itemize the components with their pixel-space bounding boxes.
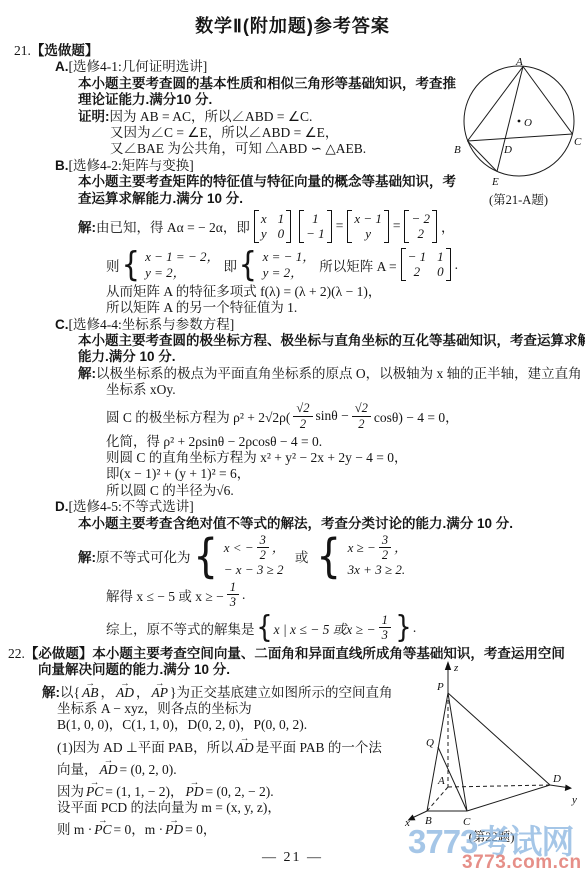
- z-axis-arrow: [445, 661, 451, 670]
- polar-post: cosθ) − 4 = 0，: [374, 406, 459, 426]
- q21b-label: B.: [55, 158, 69, 173]
- polar-mid: sinθ −: [316, 408, 349, 424]
- matrix-A: − 1120: [401, 248, 451, 281]
- sol-label: 解:: [42, 685, 60, 700]
- axis-label-y: y: [571, 794, 577, 806]
- page-title: 数学Ⅱ(附加题)参考答案: [0, 12, 585, 38]
- q21b-title-text: [选修4-2:矩阵与变换]: [69, 158, 194, 173]
- point-label-C: C: [574, 136, 582, 148]
- fraction-1-over-3: 13: [379, 614, 391, 642]
- point-label-O: O: [524, 117, 532, 129]
- q21a-title-text: [选修4-1:几何证明选讲]: [69, 59, 208, 74]
- proof-label: 证明:: [78, 109, 110, 124]
- edge-PC: [448, 693, 467, 811]
- q22-number: 22.: [8, 646, 25, 661]
- cases-pre: 原不等式可化为: [96, 546, 191, 566]
- q21c-desc-line2: 能力.满分 10 分.: [78, 349, 585, 365]
- sol-label: 解:: [78, 216, 96, 236]
- system-post: 所以矩阵 A =: [319, 255, 396, 275]
- right-set-brace: }: [395, 613, 411, 643]
- column-vector-2: x − 1y: [347, 210, 389, 243]
- sol-label: 解:: [78, 546, 96, 566]
- vector-PC: →PC: [86, 784, 103, 799]
- vector-PC: →PC: [94, 822, 111, 837]
- watermark-url: 3773.com.cn: [462, 852, 582, 874]
- q21b-system-equation: 则 { x − 1 = − 2，y = 2， 即 { x = − 1，y = 2…: [106, 246, 585, 284]
- case-system-1: x − 1 = − 2，y = 2，: [145, 249, 219, 281]
- vector-PD: →PD: [185, 784, 203, 799]
- equals-sign: =: [393, 218, 401, 234]
- q21d-conclusion-line: 综上，原不等式的解集是 { x | x ≤ − 5 或x ≥ − 13 } .: [106, 610, 585, 646]
- vector-PD: →PD: [165, 822, 183, 837]
- point-label-E: E: [491, 176, 499, 188]
- edge-CD: [467, 785, 550, 811]
- matrix-2x2: x1y0: [254, 210, 291, 243]
- q21b-matrix-equation: 解: 由已知，得 Aα = − 2α，即 x1y0 1− 1 = x − 1y …: [78, 207, 585, 246]
- left-brace: {: [121, 248, 139, 282]
- axis-label-z: z: [453, 662, 459, 674]
- case-system-2: x = − 1，y = 2，: [263, 249, 316, 281]
- figure-21A-circle: A B C D E O (第21-A题): [452, 57, 585, 208]
- q21c-line4: 化简，得 ρ² + 2ρsinθ − 2ρcosθ − 4 = 0.: [106, 434, 585, 450]
- q21-number: 21.: [14, 43, 31, 58]
- fraction-3-over-2: 32: [379, 534, 391, 562]
- vector-AP: →AP: [151, 685, 168, 700]
- document-page: 数学Ⅱ(附加题)参考答案 21.【选做题】 A.[选修4-1:几何证明选讲] 本…: [0, 0, 585, 885]
- fraction-sqrt2-over-2: √22: [293, 402, 312, 430]
- sol-label: 解:: [78, 366, 96, 381]
- segment-BC: [468, 134, 573, 141]
- point-label-D: D: [552, 773, 561, 785]
- figure-21A-caption: (第21-A题): [452, 190, 585, 208]
- center-dot: [518, 120, 521, 123]
- q21b-line4: 所以矩阵 A 的另一个特征值为 1.: [106, 300, 585, 316]
- q21d-label: D.: [55, 499, 69, 514]
- point-label-A: A: [437, 775, 445, 787]
- system-mid: 即: [223, 255, 237, 275]
- point-label-D: D: [503, 144, 512, 156]
- proof-text-1: 因为 AB = AC，所以∠ABD = ∠C.: [110, 109, 313, 124]
- y-axis: [550, 785, 567, 788]
- q21b-line3: 从而矩阵 A 的特征多项式 f(λ) = (λ + 2)(λ − 1)，: [106, 284, 585, 300]
- column-vector-3: − 22: [404, 210, 437, 243]
- equals-sign: =: [336, 218, 344, 234]
- q21-header-label: 【选做题】: [31, 43, 99, 58]
- edge-PB: [427, 693, 448, 811]
- fraction-sqrt2-over-2: √22: [352, 402, 371, 430]
- segment-AB: [468, 67, 524, 142]
- cases-or: 或: [295, 546, 309, 566]
- left-set-brace: {: [256, 613, 272, 643]
- point-label-Q: Q: [426, 737, 434, 749]
- q21a-label: A.: [55, 59, 69, 74]
- q21c-line6: 即(x − 1)² + (y + 1)² = 6，: [106, 466, 585, 482]
- q21c-polar-equation: 圆 C 的极坐标方程为 ρ² + 2√2ρ( √22 sinθ − √22 co…: [106, 399, 585, 434]
- q21c-label: C.: [55, 317, 69, 332]
- polar-pre: 圆 C 的极坐标方程为 ρ² + 2√2ρ(: [106, 406, 290, 426]
- q21c-desc-line1: 本小题主要考查圆的极坐标方程、极坐标与直角坐标的互化等基础知识，考查运算求解: [78, 333, 585, 349]
- edge-PD: [448, 693, 550, 785]
- inequality-case-2: x ≥ −32， 3x + 3 ≥ 2.: [348, 534, 407, 578]
- q21c-line7: 所以圆 C 的半径为√6.: [106, 483, 585, 499]
- fraction-1-over-3: 13: [227, 581, 239, 609]
- point-label-B: B: [454, 144, 461, 156]
- point-label-P: P: [436, 681, 444, 693]
- q21d-title-text: [选修4-5:不等式选讲]: [69, 499, 194, 514]
- circle-diagram: A B C D E O: [452, 57, 585, 189]
- segment-BE: [468, 141, 498, 172]
- left-brace: {: [239, 248, 257, 282]
- sol-text: 以极坐标系的极点为平面直角坐标系的原点 O，以极轴为 x 轴的正半轴，建立直角: [96, 366, 582, 381]
- space-diagram: z P Q A B x C D y: [398, 657, 585, 827]
- q21d-case-inequalities: 解: 原不等式可化为 { x < −32， − x − 3 ≥ 2 或 { x …: [78, 532, 585, 580]
- y-axis-arrow: [565, 785, 572, 792]
- q21d-title: D.[选修4-5:不等式选讲]: [55, 499, 585, 515]
- q21c-line5: 则圆 C 的直角坐标方程为 x² + y² − 2x + 2y − 4 = 0，: [106, 450, 585, 466]
- q21c-sol-line1: 解:以极坐标系的极点为平面直角坐标系的原点 O，以极轴为 x 轴的正半轴，建立直…: [78, 366, 585, 382]
- system-end: .: [455, 257, 458, 273]
- q21c-title: C.[选修4-4:坐标系与参数方程]: [55, 317, 585, 333]
- inequality-case-1: x < −32， − x − 3 ≥ 2: [224, 534, 285, 578]
- vector-AB: →AB: [82, 685, 99, 700]
- point-label-A: A: [515, 57, 523, 68]
- left-brace: {: [193, 533, 218, 579]
- vector-AD: →AD: [100, 762, 118, 777]
- q21c-title-text: [选修4-4:坐标系与参数方程]: [69, 317, 235, 332]
- matrix-eq-pre: 由已知，得 Aα = − 2α，即: [96, 216, 250, 236]
- q21d-solve-line: 解得 x ≤ − 5 或 x ≥ − 13 .: [106, 580, 585, 610]
- column-vector-1: 1− 1: [299, 210, 332, 243]
- matrix-eq-post: ，: [441, 216, 455, 236]
- q21c-sol-line2: 坐标系 xOy.: [106, 382, 585, 398]
- vector-AD: →AD: [236, 740, 254, 755]
- fraction-3-over-2: 32: [257, 534, 269, 562]
- system-pre: 则: [106, 255, 120, 275]
- vector-AD: →AD: [116, 685, 134, 700]
- left-brace: {: [317, 533, 342, 579]
